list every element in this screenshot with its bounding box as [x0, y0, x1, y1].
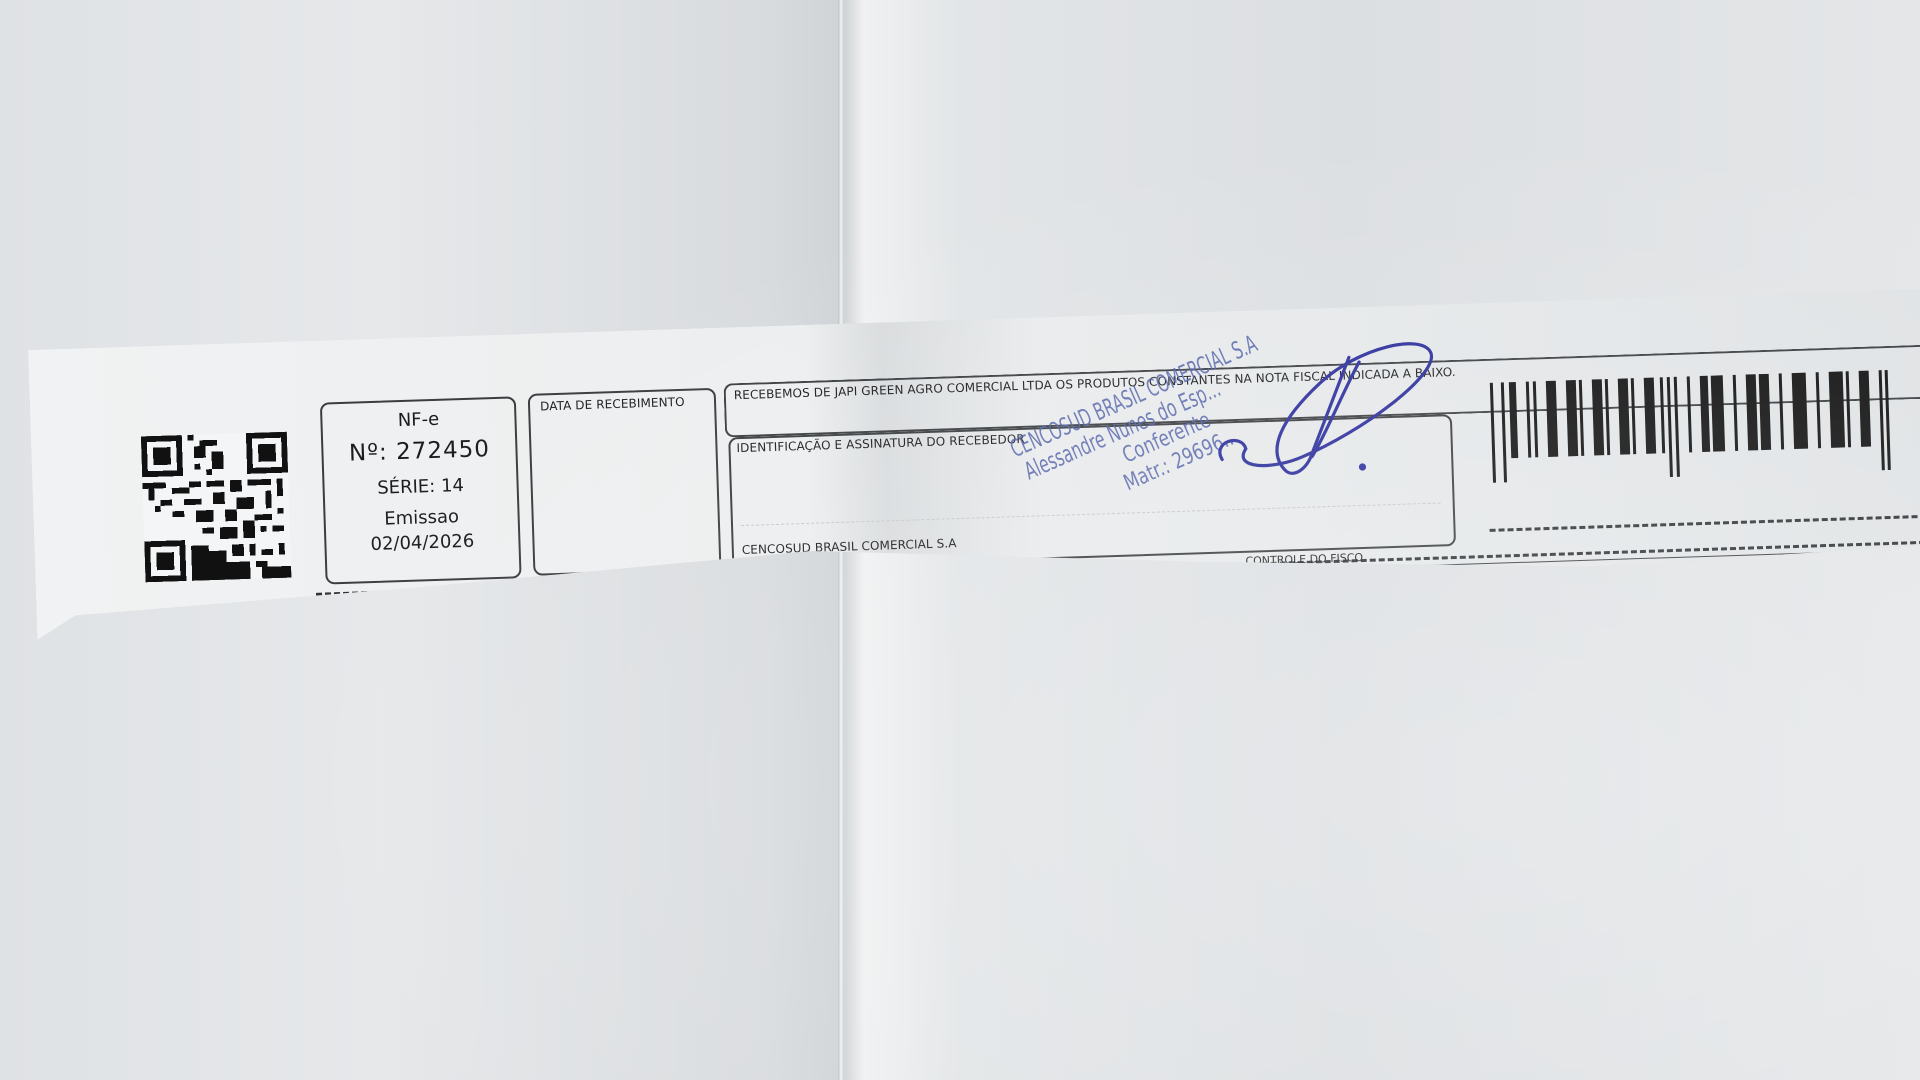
- barcode-bar: [1546, 381, 1558, 457]
- identificacao-label: IDENTIFICAÇÃO E ASSINATURA DO RECEBEDOR: [736, 432, 1025, 455]
- barcode-bar: [1509, 382, 1518, 458]
- barcode-bar: [1667, 377, 1673, 477]
- recebedor-company: CENCOSUD BRASIL COMERCIAL S.A: [742, 536, 957, 557]
- barcode-bar: [1846, 371, 1851, 447]
- barcode-bar: [1885, 370, 1891, 470]
- barcode-bar: [1566, 380, 1578, 456]
- nfe-serie: SÉRIE: 14: [324, 473, 517, 500]
- barcode-bar: [1711, 375, 1725, 451]
- barcode-bar: [1792, 373, 1808, 449]
- barcode-bar: [1674, 377, 1680, 477]
- controle-fisco-label: CONTROLE DO FISCO: [1245, 551, 1363, 568]
- barcode-bar: [1501, 382, 1507, 482]
- data-recebimento-label: DATA DE RECEBIMENTO: [540, 395, 685, 414]
- barcode-bar: [1490, 383, 1496, 483]
- qr-code-icon: [141, 432, 292, 583]
- barcode-bar: [1592, 379, 1604, 455]
- emissao-label: Emissao: [325, 504, 518, 531]
- barcode-bar: [1618, 378, 1630, 454]
- barcode-bar: [1533, 381, 1538, 457]
- barcode-bar: [1700, 376, 1710, 452]
- barcode-bar: [1579, 380, 1584, 456]
- perforation-line: [1490, 513, 1920, 532]
- barcode-bar: [1644, 378, 1656, 454]
- nfe-number-box: NF-e Nº: 272450 SÉRIE: 14 Emissao 02/04/…: [320, 396, 522, 584]
- barcode-bar: [1816, 372, 1821, 448]
- barcode-bar: [1605, 379, 1610, 455]
- nfe-label: NF-e: [322, 406, 515, 433]
- barcode-bar: [1779, 373, 1784, 449]
- barcode-bar: [1879, 370, 1885, 470]
- data-recebimento-field[interactable]: DATA DE RECEBIMENTO: [528, 388, 722, 576]
- emissao-date: 02/04/2026: [326, 529, 519, 556]
- barcode-bar: [1733, 375, 1738, 451]
- danfe-label: DANFE: [1016, 566, 1098, 590]
- barcode-bar: [1687, 376, 1692, 452]
- barcode-bar: [1631, 378, 1636, 454]
- barcode-bar: [1746, 374, 1758, 450]
- barcode-bar: [1660, 377, 1665, 453]
- barcode-bar: [1859, 371, 1871, 447]
- signature-icon: [1208, 334, 1453, 492]
- nfe-receipt-strip: NF-e Nº: 272450 SÉRIE: 14 Emissao 02/04/…: [28, 287, 1920, 639]
- barcode-bar: [1829, 371, 1845, 447]
- barcode-bar: [1759, 374, 1771, 450]
- barcode-icon: [1490, 370, 1895, 495]
- barcode-bar: [1526, 382, 1531, 458]
- nfe-number: Nº: 272450: [323, 435, 516, 467]
